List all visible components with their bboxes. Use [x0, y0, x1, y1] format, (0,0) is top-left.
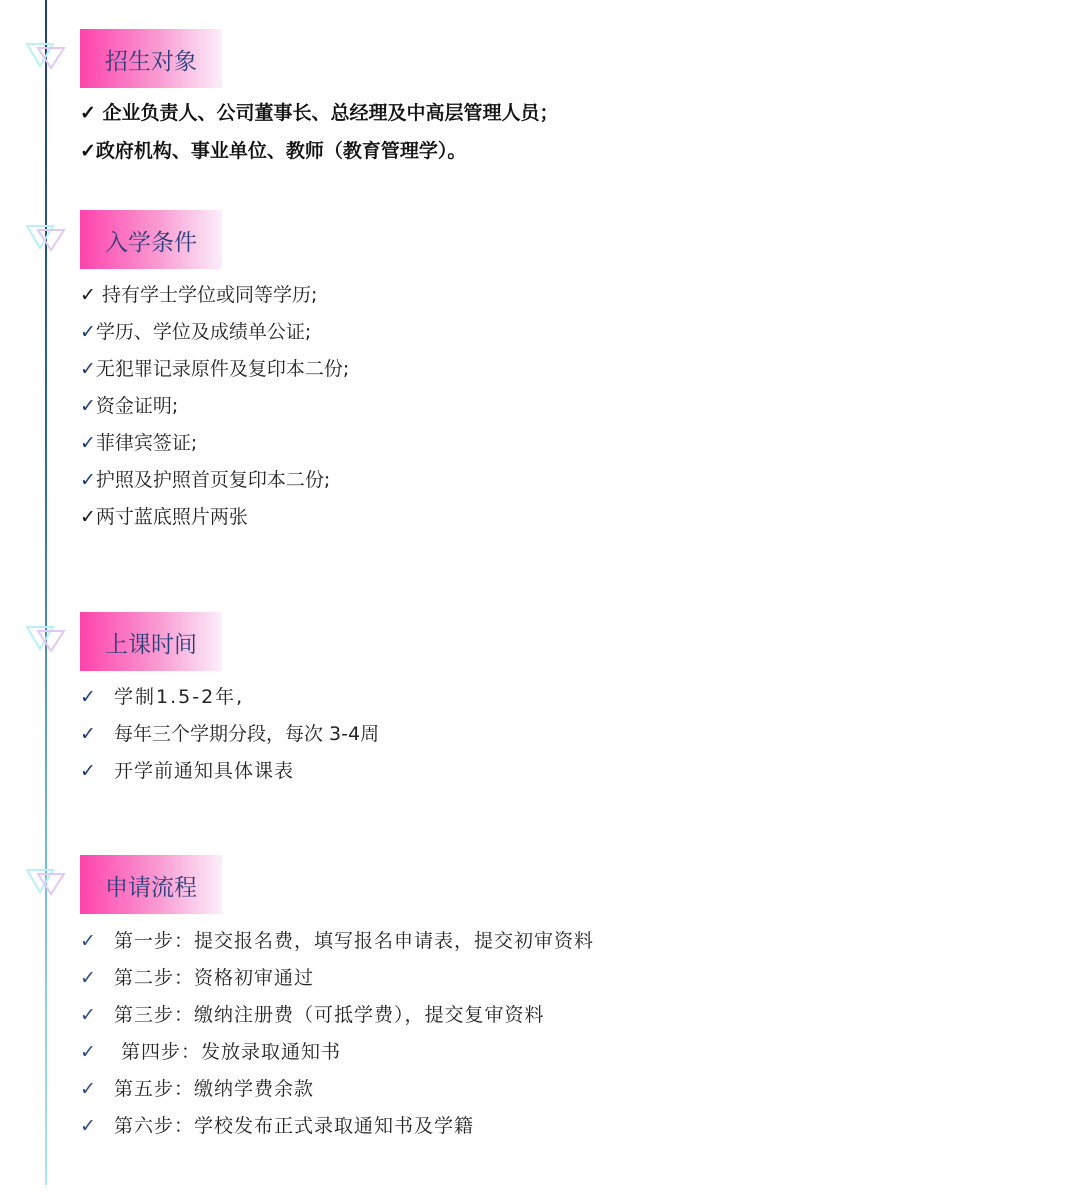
- item-text: 企业负责人、公司董事长、总经理及中高层管理人员；: [96, 102, 559, 124]
- item-text: 开学前通知具体课表: [114, 760, 294, 782]
- checkmark-icon: ✓: [80, 966, 114, 990]
- checkmark-icon: ✓: [80, 1040, 114, 1064]
- list-item: ✓无犯罪记录原件及复印本二份;: [80, 357, 349, 381]
- item-text: 持有学士学位或同等学历;: [96, 284, 317, 306]
- list-item: ✓菲律宾签证;: [80, 431, 197, 455]
- timeline-line: [45, 0, 47, 1185]
- list-item: ✓护照及护照首页复印本二份;: [80, 468, 330, 492]
- section-heading: 申请流程: [80, 855, 222, 914]
- checkmark-icon: ✓: [80, 283, 96, 307]
- list-item: ✓ 持有学士学位或同等学历;: [80, 283, 317, 307]
- checkmark-icon: ✓: [80, 685, 114, 709]
- list-item: ✓第三步：缴纳注册费（可抵学费），提交复审资料: [80, 1003, 545, 1027]
- checkmark-icon: ✓: [80, 431, 96, 455]
- checkmark-icon: ✓: [80, 1003, 114, 1027]
- checkmark-icon: ✓: [80, 1077, 114, 1101]
- item-text: 第三步：缴纳注册费（可抵学费），提交复审资料: [114, 1004, 545, 1026]
- triangle-marker-icon: [26, 224, 66, 254]
- checkmark-icon: ✓: [80, 722, 114, 746]
- checkmark-icon: ✓: [80, 468, 96, 492]
- item-text: 菲律宾签证;: [96, 432, 197, 454]
- list-item: ✓学制1.5-2年,: [80, 685, 244, 709]
- list-item: ✓每年三个学期分段，每次 3-4周: [80, 722, 379, 746]
- item-text: 学制1.5-2年,: [114, 686, 244, 708]
- section-title: 入学条件: [105, 224, 197, 257]
- section-heading: 上课时间: [80, 612, 222, 671]
- section-title: 招生对象: [105, 43, 197, 76]
- checkmark-icon: ✓: [80, 357, 96, 381]
- item-text: 两寸蓝底照片两张: [96, 506, 248, 528]
- triangle-marker-icon: [26, 625, 66, 655]
- list-item: ✓ 企业负责人、公司董事长、总经理及中高层管理人员；: [80, 101, 559, 125]
- item-text: 学历、学位及成绩单公证;: [96, 321, 311, 343]
- list-item: ✓开学前通知具体课表: [80, 759, 294, 783]
- list-item: ✓第一步：提交报名费，填写报名申请表，提交初审资料: [80, 929, 594, 953]
- section-title: 上课时间: [105, 626, 197, 659]
- checkmark-icon: ✓: [80, 1114, 114, 1138]
- checkmark-icon: ✓: [80, 505, 96, 529]
- checkmark-icon: ✓: [80, 394, 96, 418]
- item-text: 资金证明;: [96, 395, 178, 417]
- section-title: 申请流程: [105, 869, 197, 902]
- checkmark-icon: ✓: [80, 101, 96, 125]
- item-text: 政府机构、事业单位、教师（教育管理学）。: [96, 140, 467, 162]
- item-text: 无犯罪记录原件及复印本二份;: [96, 358, 349, 380]
- checkmark-icon: ✓: [80, 139, 96, 163]
- item-text: 护照及护照首页复印本二份;: [96, 469, 330, 491]
- list-item: ✓第六步：学校发布正式录取通知书及学籍: [80, 1114, 474, 1138]
- triangle-marker-icon: [26, 42, 66, 72]
- list-item: ✓资金证明;: [80, 394, 178, 418]
- list-item: ✓政府机构、事业单位、教师（教育管理学）。: [80, 139, 466, 163]
- item-text: 第四步：发放录取通知书: [114, 1041, 341, 1063]
- list-item: ✓学历、学位及成绩单公证;: [80, 320, 311, 344]
- checkmark-icon: ✓: [80, 759, 114, 783]
- list-item: ✓第二步：资格初审通过: [80, 966, 314, 990]
- item-text: 第五步：缴纳学费余款: [114, 1078, 314, 1100]
- triangle-marker-icon: [26, 868, 66, 898]
- section-heading: 入学条件: [80, 210, 222, 269]
- item-text: 第一步：提交报名费，填写报名申请表，提交初审资料: [114, 930, 594, 952]
- section-heading: 招生对象: [80, 29, 222, 88]
- item-text: 每年三个学期分段，每次 3-4周: [114, 723, 379, 745]
- checkmark-icon: ✓: [80, 929, 114, 953]
- list-item: ✓两寸蓝底照片两张: [80, 505, 248, 529]
- item-text: 第二步：资格初审通过: [114, 967, 314, 989]
- list-item: ✓第五步：缴纳学费余款: [80, 1077, 314, 1101]
- checkmark-icon: ✓: [80, 320, 96, 344]
- list-item: ✓ 第四步：发放录取通知书: [80, 1040, 341, 1064]
- item-text: 第六步：学校发布正式录取通知书及学籍: [114, 1115, 474, 1137]
